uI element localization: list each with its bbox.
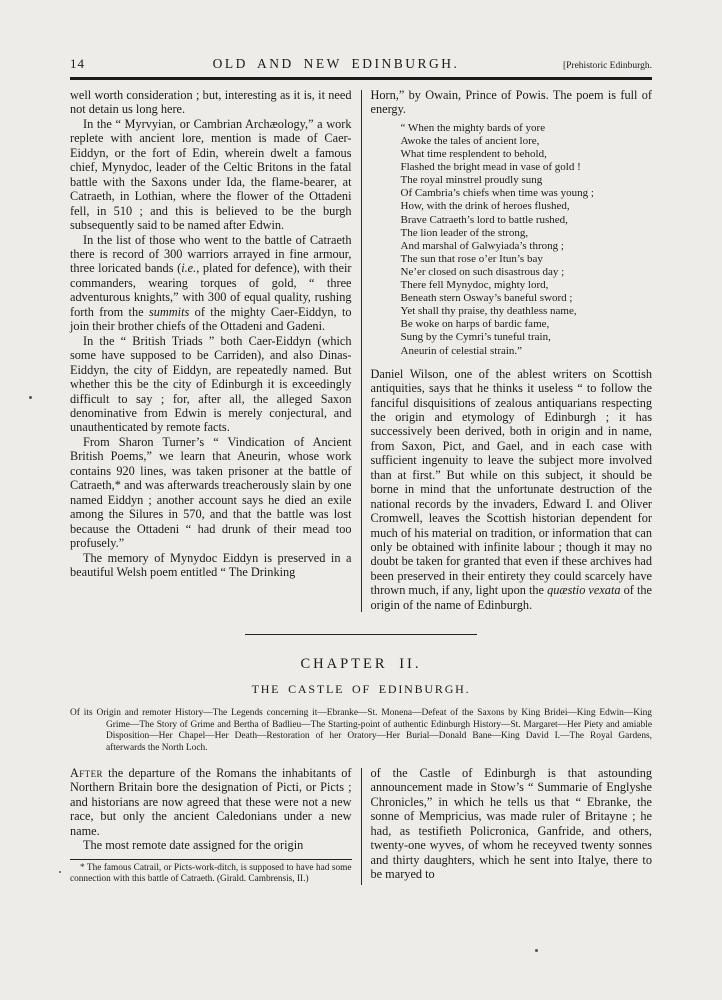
paragraph: The memory of Mynydoc Eiddyn is preserve… — [70, 551, 352, 580]
two-column-body: well worth consideration ; but, interest… — [70, 88, 652, 612]
text-segment: quæstio vexata — [547, 583, 620, 597]
paragraph: * The famous Catrail, or Picts-work-ditc… — [70, 863, 352, 886]
paragraph: After the departure of the Romans the in… — [70, 766, 352, 838]
poem-line: Of Cambria’s chiefs when time was young … — [401, 187, 653, 200]
paragraph: Daniel Wilson, one of the ablest writers… — [371, 367, 653, 613]
poem-line: Be woke on harps of bardic fame, — [401, 318, 653, 331]
left-column: well worth consideration ; but, interest… — [70, 88, 352, 612]
chapter-subheading: THE CASTLE OF EDINBURGH. — [70, 682, 652, 697]
page-number: 14 — [70, 56, 140, 72]
page-header: 14 OLD AND NEW EDINBURGH. [Prehistoric E… — [70, 56, 652, 72]
footnote: * The famous Catrail, or Picts-work-ditc… — [70, 859, 352, 886]
poem-line: The lion leader of the strong, — [401, 227, 653, 240]
right-column-body: Daniel Wilson, one of the ablest writers… — [371, 367, 653, 613]
poem-line: Brave Catraeth’s lord to battle rushed, — [401, 214, 653, 227]
poem-line: And marshal of Galwyiada’s throng ; — [401, 240, 653, 253]
paragraph: From Sharon Turner’s “ Vindication of An… — [70, 435, 352, 551]
poem-line: There fell Mynydoc, mighty lord, — [401, 279, 653, 292]
poem-line: Flashed the bright mead in vase of gold … — [401, 161, 653, 174]
text-segment: * The famous Catrail, or Picts-work-ditc… — [70, 863, 352, 884]
poem-line: Ne’er closed on such disastrous day ; — [401, 266, 653, 279]
column-divider — [361, 90, 362, 612]
chapter-heading: CHAPTER II. — [70, 656, 652, 673]
column-divider-bottom — [361, 768, 362, 885]
text-segment: summits — [149, 305, 189, 319]
header-rule — [70, 77, 652, 80]
book-page: 14 OLD AND NEW EDINBURGH. [Prehistoric E… — [0, 0, 722, 1000]
text-segment: In the “ British Triads ” both Caer-Eidd… — [70, 334, 352, 435]
text-segment: The memory of Mynydoc Eiddyn is preserve… — [70, 551, 352, 579]
bottom-left-column: After the departure of the Romans the in… — [70, 766, 352, 885]
poem: “ When the mighty bards of yoreAwoke the… — [401, 122, 653, 358]
bottom-left-text: After the departure of the Romans the in… — [70, 766, 352, 853]
poem-line: How, with the drink of heroes flushed, — [401, 200, 653, 213]
paragraph: of the Castle of Edinburgh is that astou… — [371, 766, 653, 882]
text-segment: In the “ Myrvyian, or Cambrian Archæolog… — [70, 117, 352, 232]
right-column-lead: Horn,” by Owain, Prince of Powis. The po… — [371, 88, 653, 117]
paragraph: well worth consideration ; but, interest… — [70, 88, 352, 117]
text-segment: i.e. — [181, 261, 196, 275]
paragraph: In the “ British Triads ” both Caer-Eidd… — [70, 334, 352, 435]
scan-speck — [535, 949, 538, 952]
text-segment: of the Castle of Edinburgh is that astou… — [371, 766, 653, 881]
poem-line: Sung by the Cymri’s tuneful train, — [401, 331, 653, 344]
scan-speck — [59, 871, 61, 873]
paragraph: The most remote date assigned for the or… — [70, 838, 352, 852]
poem-line: Beneath stern Osway’s baneful sword ; — [401, 292, 653, 305]
poem-line: Yet shall thy praise, thy deathless name… — [401, 305, 653, 318]
poem-line: The sun that rose o’er Itun’s bay — [401, 253, 653, 266]
text-segment: Horn,” by Owain, Prince of Powis. The po… — [371, 88, 653, 116]
chapter-summary: Of its Origin and remoter History—The Le… — [70, 708, 652, 754]
running-header-note: [Prehistoric Edinburgh. — [532, 61, 652, 71]
text-segment: The most remote date assigned for the or… — [83, 838, 303, 852]
paragraph: In the list of those who went to the bat… — [70, 233, 352, 334]
poem-line: “ When the mighty bards of yore — [401, 122, 653, 135]
poem-line: What time resplendent to behold, — [401, 148, 653, 161]
bottom-right-column: of the Castle of Edinburgh is that astou… — [371, 766, 653, 885]
text-segment: From Sharon Turner’s “ Vindication of An… — [70, 435, 352, 550]
text-segment: After — [70, 766, 103, 780]
running-title: OLD AND NEW EDINBURGH. — [140, 56, 532, 72]
paragraph: Horn,” by Owain, Prince of Powis. The po… — [371, 88, 653, 117]
text-segment: well worth consideration ; but, interest… — [70, 88, 352, 116]
section-divider-rule — [245, 634, 477, 635]
paragraph: In the “ Myrvyian, or Cambrian Archæolog… — [70, 117, 352, 233]
two-column-body-bottom: After the departure of the Romans the in… — [70, 766, 652, 885]
text-segment: Daniel Wilson, one of the ablest writers… — [371, 367, 653, 598]
poem-line: Awoke the tales of ancient lore, — [401, 135, 653, 148]
poem-line: Aneurin of celestial strain.” — [401, 345, 653, 358]
scan-speck — [29, 396, 32, 399]
poem-line: The royal minstrel proudly sung — [401, 174, 653, 187]
text-segment: the departure of the Romans the inhabita… — [70, 766, 352, 838]
right-column: Horn,” by Owain, Prince of Powis. The po… — [371, 88, 653, 612]
